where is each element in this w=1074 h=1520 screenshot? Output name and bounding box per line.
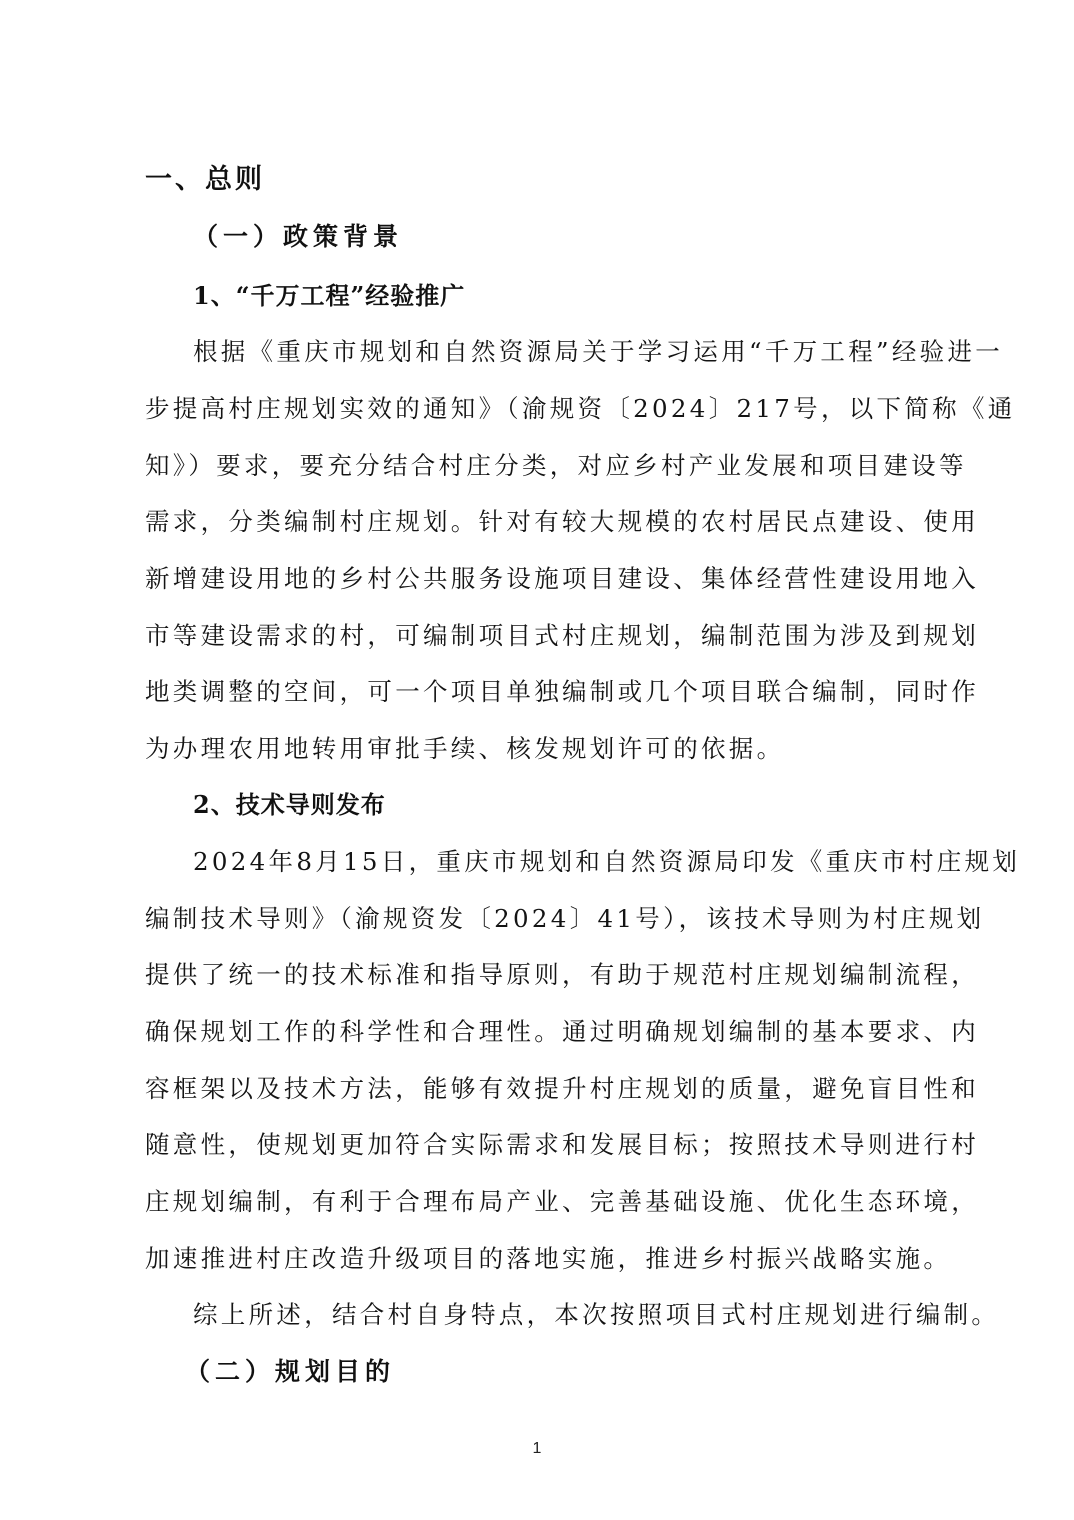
paragraph-line: 根据《重庆市规划和自然资源局关于学习运用“千万工程”经验进一 bbox=[193, 335, 935, 369]
summary-paragraph: 综上所述，结合村自身特点，本次按照项目式村庄规划进行编制。 bbox=[193, 1298, 935, 1332]
subsection-heading-experience: 1、“千万工程”经验推广 bbox=[193, 279, 983, 313]
paragraph-line: 提供了统一的技术标准和指导原则，有助于规范村庄规划编制流程， bbox=[145, 958, 935, 992]
paragraph-line: 2024年8月15日，重庆市规划和自然资源局印发《重庆市村庄规划 bbox=[193, 845, 935, 879]
section-heading-planning-purpose: （二）规划目的 bbox=[185, 1355, 975, 1389]
paragraph-line: 新增建设用地的乡村公共服务设施项目建设、集体经营性建设用地入 bbox=[145, 562, 935, 596]
paragraph-line: 地类调整的空间，可一个项目单独编制或几个项目联合编制，同时作 bbox=[145, 675, 935, 709]
subsection-heading-guideline: 2、技术导则发布 bbox=[193, 788, 983, 822]
paragraph-line: 加速推进村庄改造升级项目的落地实施，推进乡村振兴战略实施。 bbox=[145, 1242, 935, 1276]
section-heading-policy-background: （一）政策背景 bbox=[193, 220, 983, 254]
paragraph-line: 知》）要求，要充分结合村庄分类，对应乡村产业发展和项目建设等 bbox=[145, 449, 935, 483]
paragraph-line: 编制技术导则》（渝规资发〔2024〕41号），该技术导则为村庄规划 bbox=[145, 902, 935, 936]
paragraph-line: 市等建设需求的村，可编制项目式村庄规划，编制范围为涉及到规划 bbox=[145, 619, 935, 653]
paragraph-line: 随意性，使规划更加符合实际需求和发展目标；按照技术导则进行村 bbox=[145, 1128, 935, 1162]
paragraph-line: 容框架以及技术方法，能够有效提升村庄规划的质量，避免盲目性和 bbox=[145, 1072, 935, 1106]
paragraph-line: 庄规划编制，有利于合理布局产业、完善基础设施、优化生态环境， bbox=[145, 1185, 935, 1219]
page-number: 1 bbox=[0, 1440, 1074, 1458]
paragraph-line: 为办理农用地转用审批手续、核发规划许可的依据。 bbox=[145, 732, 935, 766]
document-page: 一、总则 （一）政策背景 1、“千万工程”经验推广 根据《重庆市规划和自然资源局… bbox=[0, 0, 1074, 1520]
paragraph-line: 确保规划工作的科学性和合理性。通过明确规划编制的基本要求、内 bbox=[145, 1015, 935, 1049]
paragraph-line: 步提高村庄规划实效的通知》（渝规资〔2024〕217号，以下简称《通 bbox=[145, 392, 935, 426]
chapter-heading: 一、总则 bbox=[145, 163, 935, 197]
paragraph-line: 需求，分类编制村庄规划。针对有较大规模的农村居民点建设、使用 bbox=[145, 505, 935, 539]
